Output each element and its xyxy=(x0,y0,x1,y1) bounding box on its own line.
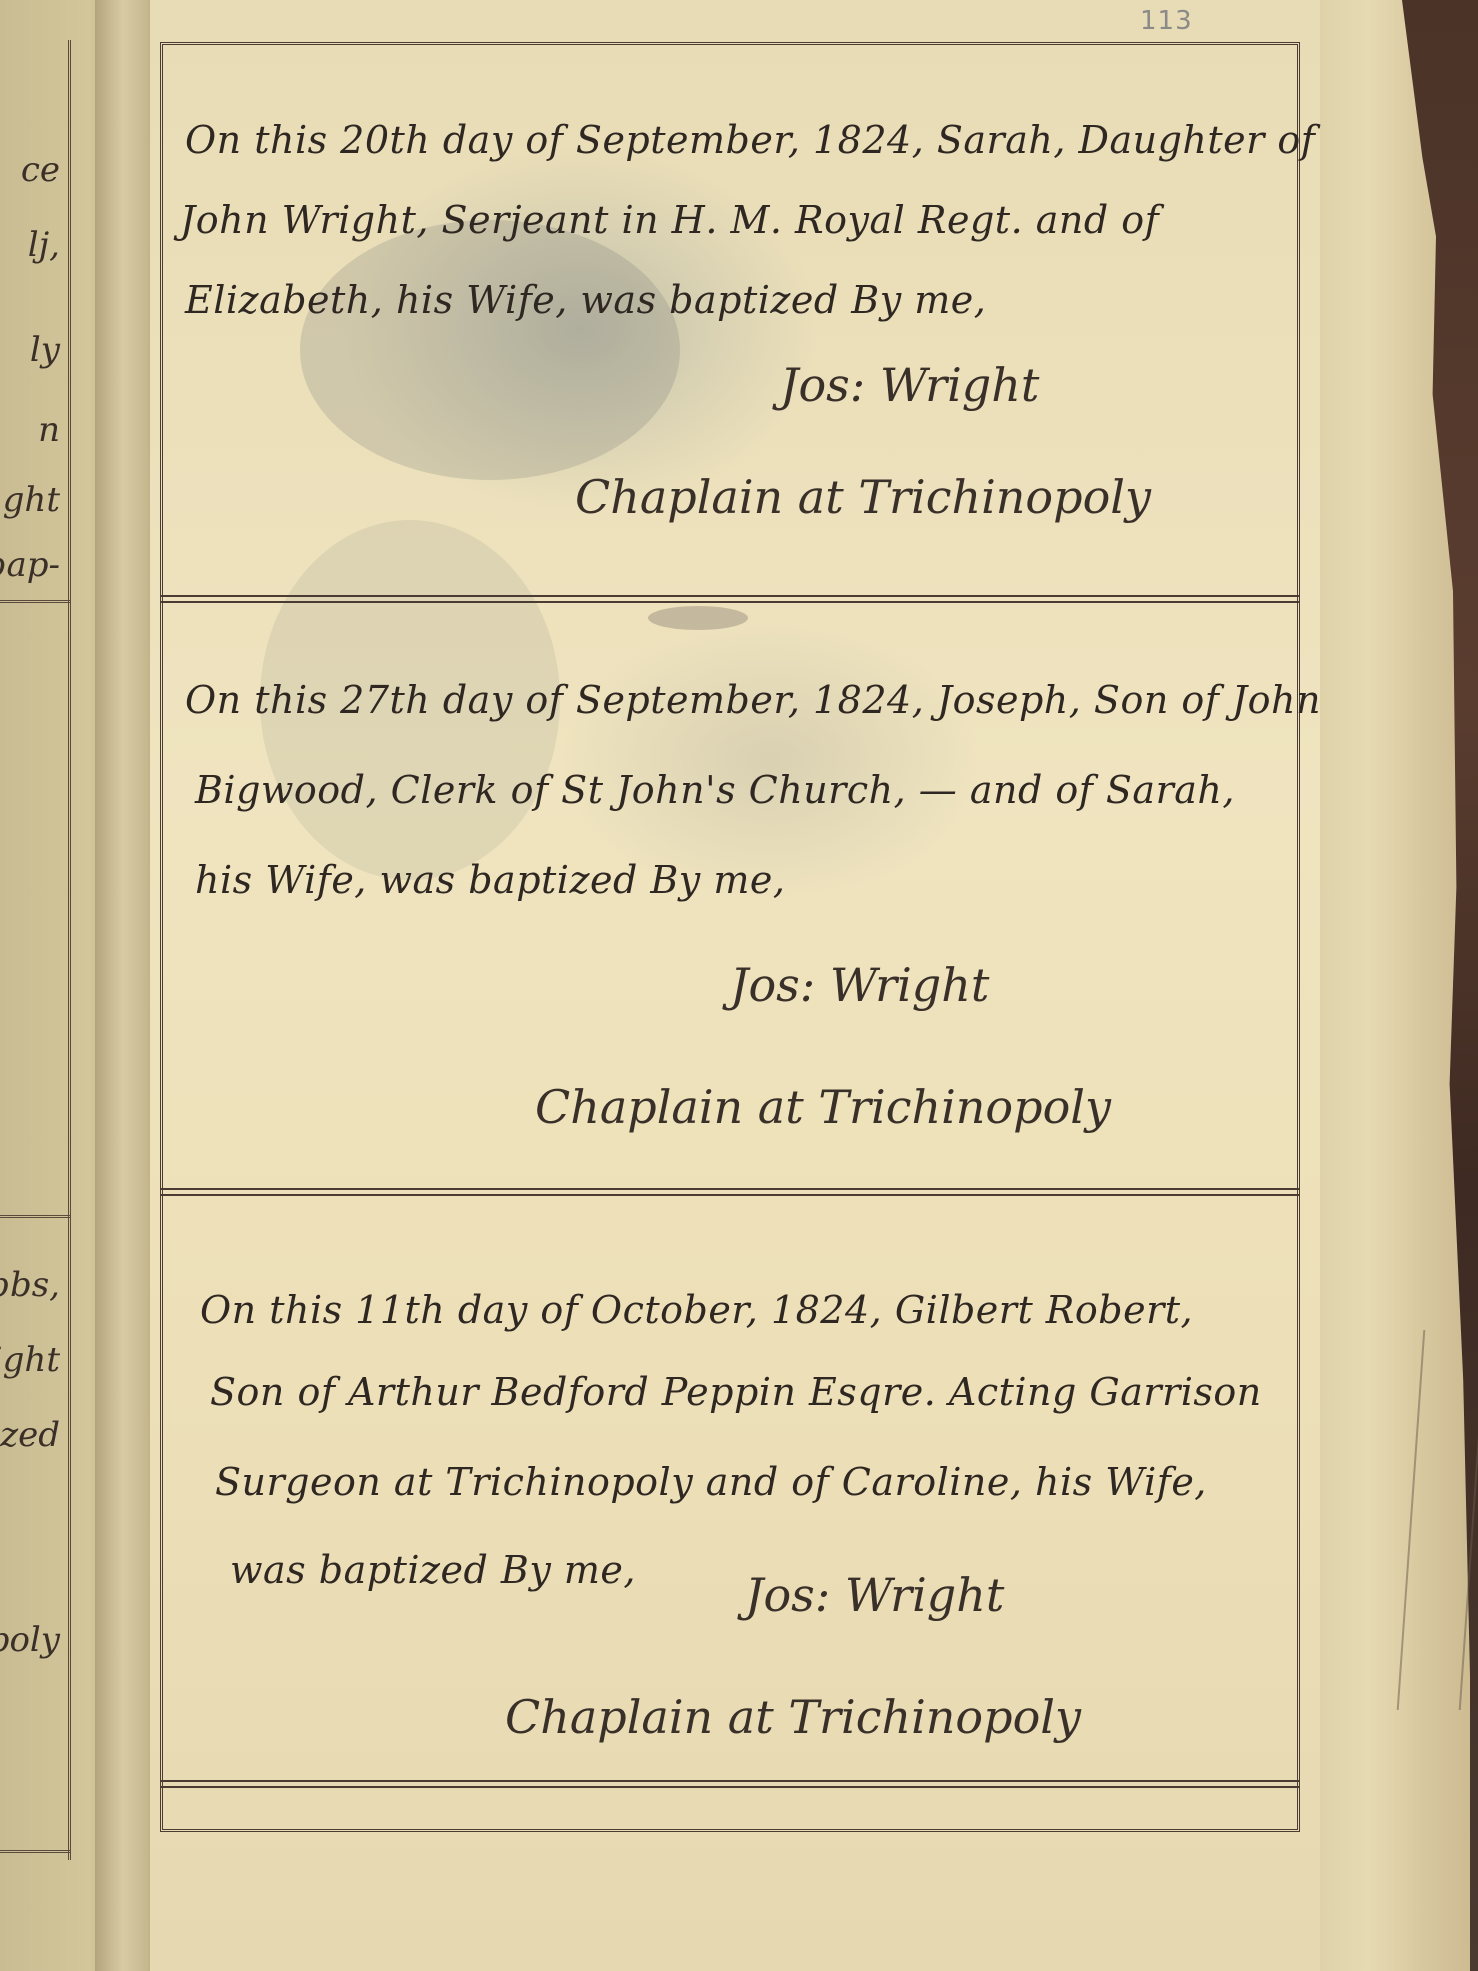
entry-3-line-4: was baptized By me, xyxy=(230,1548,636,1592)
entry-1-signature: Jos: Wright xyxy=(780,358,1039,412)
entry-2-signature: Jos: Wright xyxy=(730,958,989,1012)
left-page-divider xyxy=(0,1850,70,1853)
left-page-fragment: n xyxy=(38,410,60,450)
left-page-fragment: ght xyxy=(3,480,60,520)
entry-2-line-2: Bigwood, Clerk of St John's Church, — an… xyxy=(195,768,1235,812)
entry-1-line-1: On this 20th day of September, 1824, Sar… xyxy=(185,118,1315,162)
left-page-fragment: ibbs, xyxy=(0,1265,60,1305)
page-number: 113 xyxy=(1140,6,1193,36)
entry-divider xyxy=(160,1188,1300,1196)
left-page-fragment: ly xyxy=(30,330,60,370)
entry-3-title: Chaplain at Trichinopoly xyxy=(505,1690,1081,1744)
entry-1-line-2: John Wright, Serjeant in H. M. Royal Reg… xyxy=(180,198,1159,242)
entry-3-line-3: Surgeon at Trichinopoly and of Caroline,… xyxy=(215,1460,1207,1504)
entry-2-title: Chaplain at Trichinopoly xyxy=(535,1080,1111,1134)
entry-1-line-3: Elizabeth, his Wife, was baptized By me, xyxy=(185,278,986,322)
entry-2-line-1: On this 27th day of September, 1824, Jos… xyxy=(185,678,1321,722)
left-page-fragment: opoly xyxy=(0,1620,60,1660)
entry-2-line-3: his Wife, was baptized By me, xyxy=(195,858,785,902)
entry-1-title: Chaplain at Trichinopoly xyxy=(575,470,1151,524)
left-page-fragment: bap- xyxy=(0,545,60,585)
left-page-frame xyxy=(0,40,71,1860)
entry-3-signature: Jos: Wright xyxy=(745,1568,1004,1622)
left-page-fragment: ce xyxy=(21,150,60,190)
left-page-fragment: ight xyxy=(0,1340,60,1380)
entry-3-line-2: Son of Arthur Bedford Peppin Esqre. Acti… xyxy=(210,1370,1262,1414)
left-page-divider xyxy=(0,600,70,603)
entry-3-line-1: On this 11th day of October, 1824, Gilbe… xyxy=(200,1288,1193,1332)
entry-divider xyxy=(160,595,1300,603)
left-page-fragment: lj, xyxy=(28,225,60,265)
left-page-fragment: tized xyxy=(0,1415,60,1455)
left-page-divider xyxy=(0,1215,70,1218)
register-bottom-rule xyxy=(160,1780,1300,1788)
paper-damage xyxy=(648,606,748,630)
